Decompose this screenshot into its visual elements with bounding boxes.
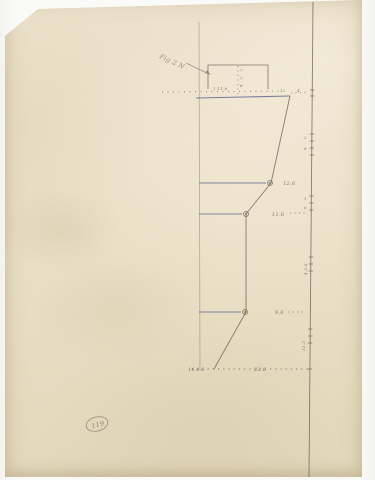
measurement-label: 4.5.6 xyxy=(303,263,308,276)
construction-points xyxy=(243,181,273,315)
scanned-page: 1.11.612472612.611.69.622.614.4.626164.5… xyxy=(0,0,375,480)
measurement-label: 6 xyxy=(304,205,307,210)
figure-label: Fig 2 N xyxy=(157,52,186,71)
measurement-label: 2 xyxy=(303,135,307,140)
catalog-stamp: 119 xyxy=(85,415,110,434)
measurement-label: 12.6 xyxy=(283,181,296,187)
construction-point-center xyxy=(245,213,247,215)
construction-point-center xyxy=(269,182,271,184)
top-edge-line xyxy=(196,96,290,98)
left-construction-line xyxy=(199,22,200,370)
measurement-label: 4 xyxy=(296,88,300,93)
measurement-label: 6 xyxy=(240,83,243,88)
measurement-label: 2 xyxy=(239,75,243,80)
measurement-label: 12.3 xyxy=(301,341,306,351)
measurement-annotations: 1.11.612472612.611.69.622.614.4.626164.5… xyxy=(188,68,308,373)
right-measure-line xyxy=(309,2,313,477)
measurement-label: 1.11.6 xyxy=(213,86,228,91)
draft-outline-right-edge xyxy=(214,96,290,369)
measurement-label: 11.6 xyxy=(272,212,285,218)
measurement-label: 7 xyxy=(240,68,243,73)
top-dotted-measure-line xyxy=(162,91,281,92)
construction-point-center xyxy=(244,311,246,313)
top-right-dotted-segment xyxy=(291,92,309,93)
measurement-label: 9.6 xyxy=(275,310,284,316)
pattern-draft-drawing: 1.11.612472612.611.69.622.614.4.626164.5… xyxy=(0,0,375,480)
measurement-label: 22.6 xyxy=(253,367,267,373)
measurement-label: 6 xyxy=(304,146,307,151)
measurement-label: 1 xyxy=(304,196,307,201)
measurement-label: 14.4.6 xyxy=(188,367,204,373)
measurement-label: 12 xyxy=(280,88,286,93)
